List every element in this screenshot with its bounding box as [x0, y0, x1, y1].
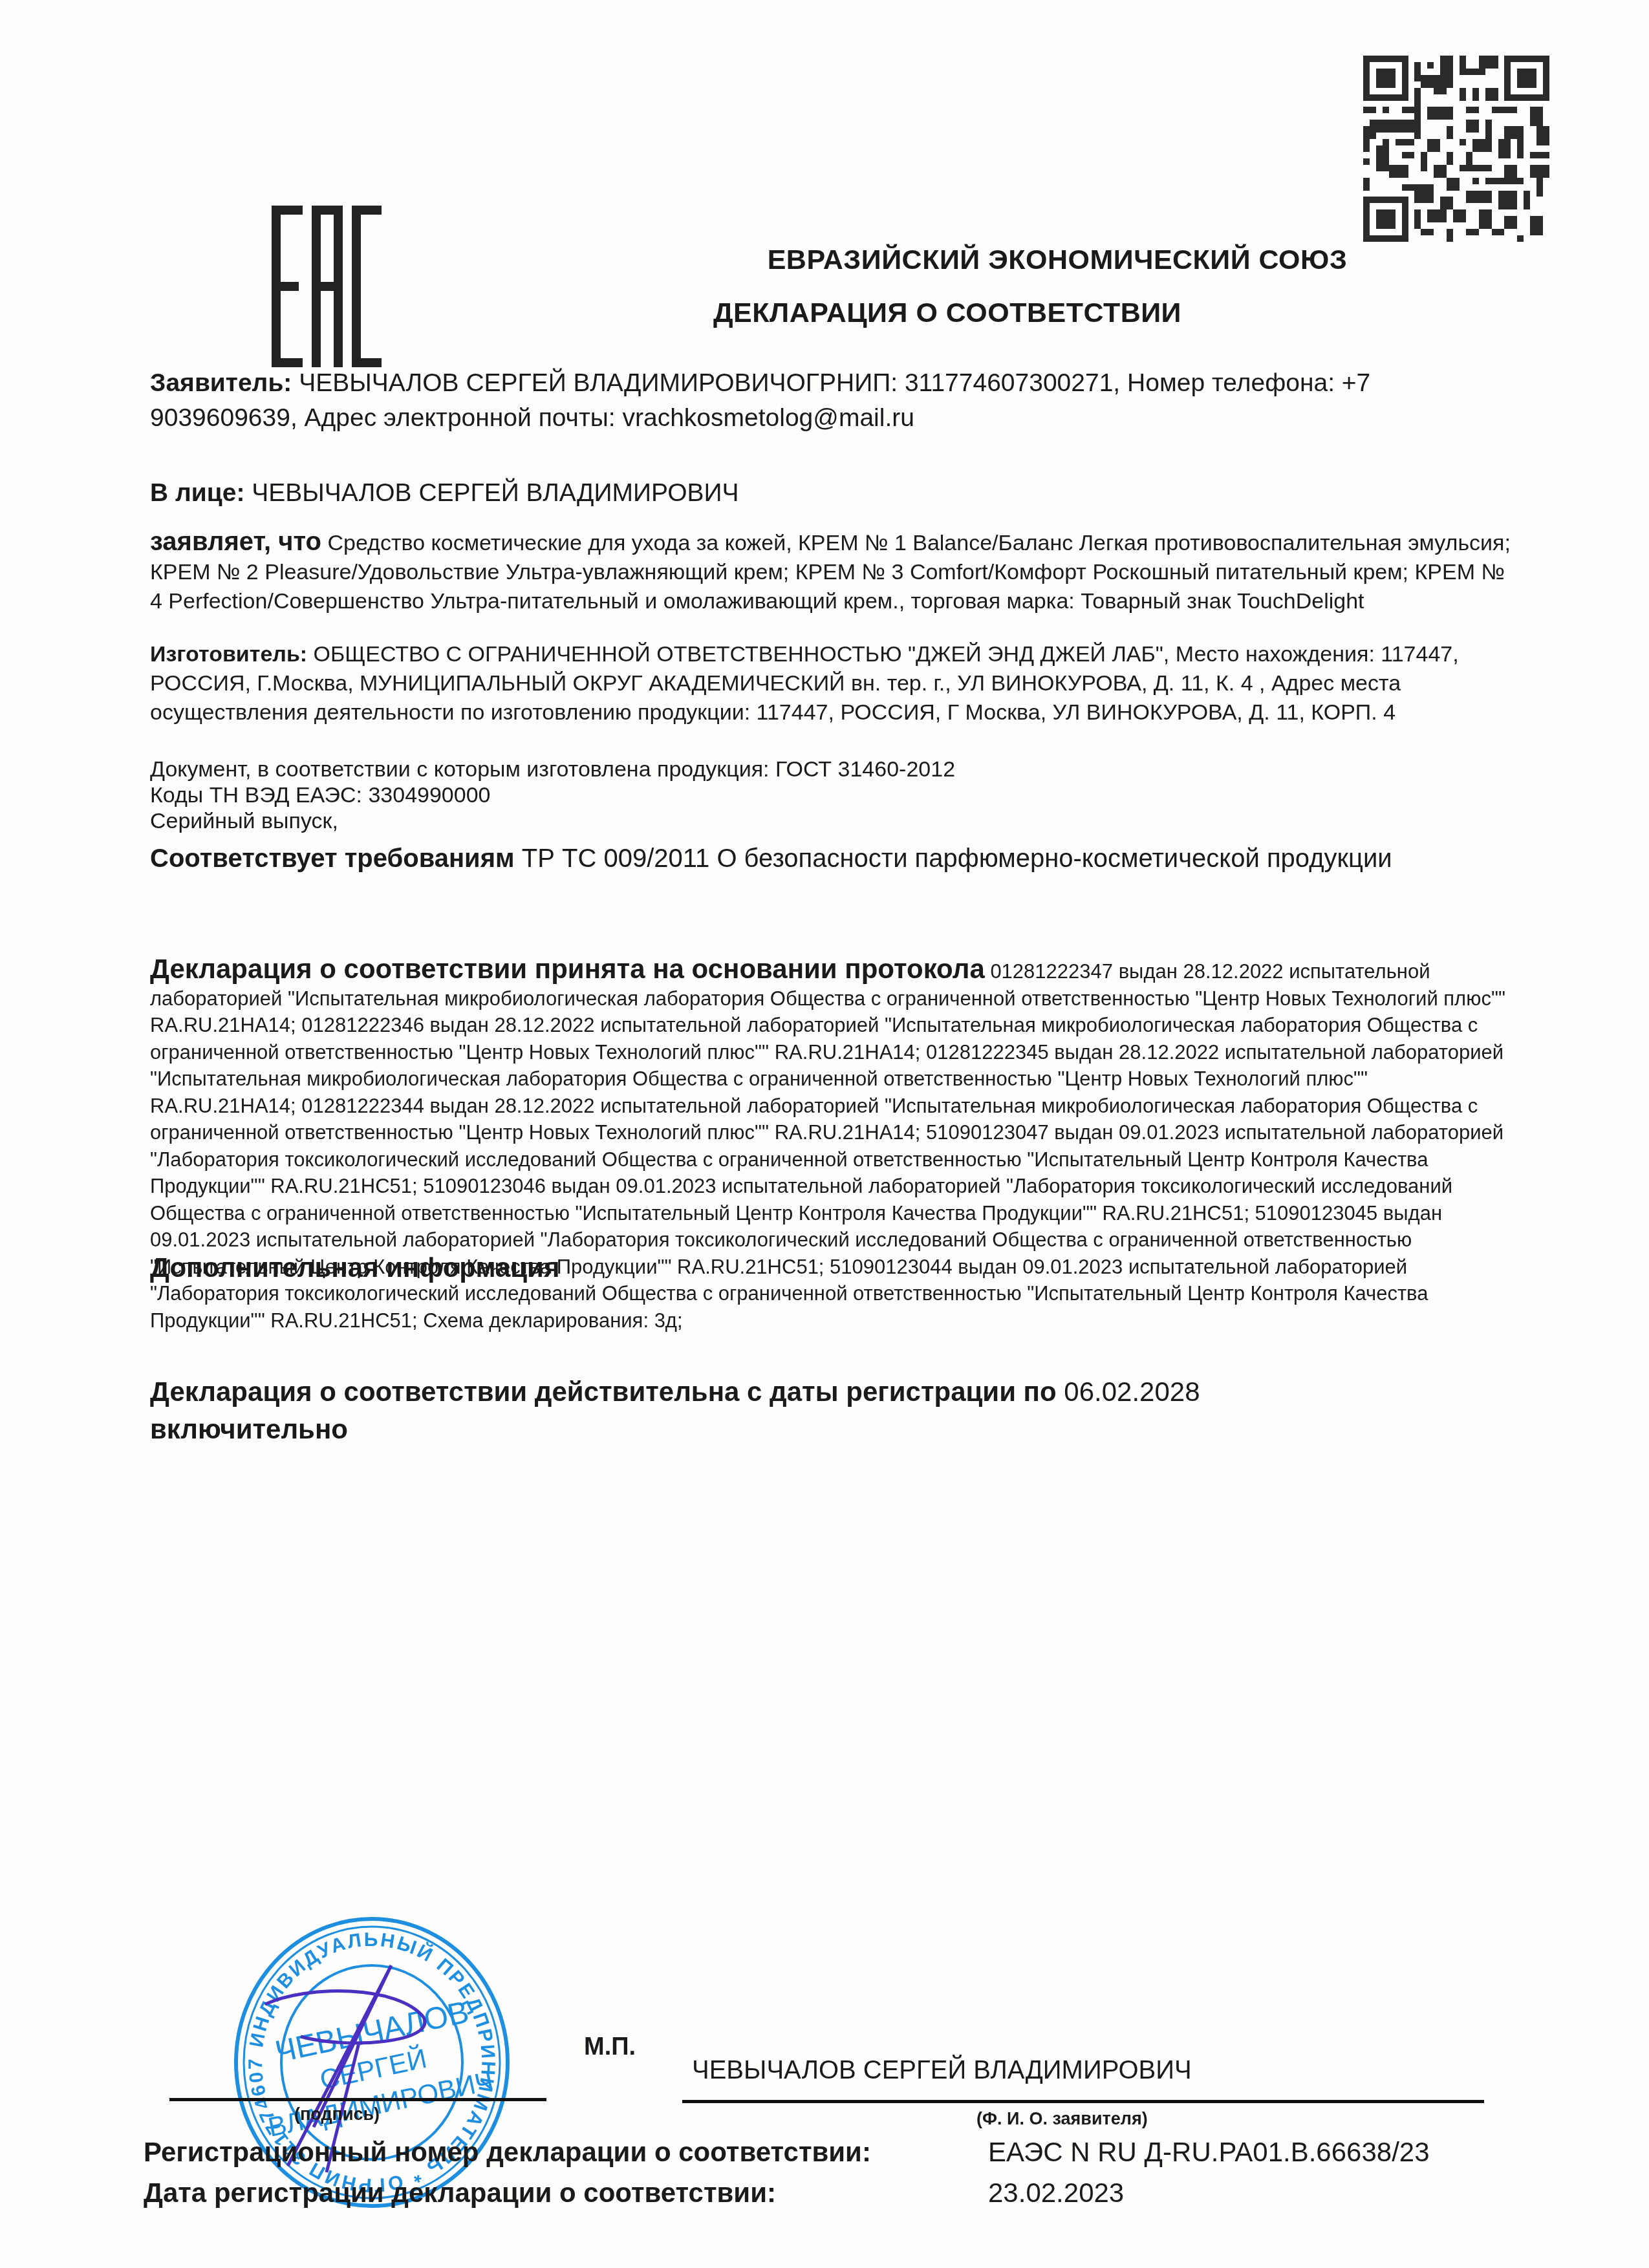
manufacturer-label: Изготовитель: — [150, 642, 307, 667]
registration-date-label: Дата регистрации декларации о соответств… — [144, 2177, 776, 2209]
applicant-value: ЧЕВЫЧАЛОВ СЕРГЕЙ ВЛАДИМИРОВИЧОГРНИП: 311… — [150, 369, 1370, 432]
applicant-label: Заявитель: — [150, 369, 292, 397]
manufacturer-value: ОБЩЕСТВО С ОГРАНИЧЕННОЙ ОТВЕТСТВЕННОСТЬЮ… — [150, 642, 1459, 725]
applicant-full-name: ЧЕВЫЧАЛОВ СЕРГЕЙ ВЛАДИМИРОВИЧ — [692, 2056, 1192, 2085]
additional-info-heading: Дополнительная информация — [150, 1250, 1508, 1285]
name-caption: (Ф. И. О. заявителя) — [976, 2109, 1148, 2129]
qr-code-icon[interactable] — [1363, 56, 1549, 242]
seal-place-label: М.П. — [584, 2033, 636, 2061]
validity-suffix: включительно — [150, 1414, 348, 1444]
registration-date-value: 23.02.2023 — [988, 2177, 1124, 2209]
protocol-label: Декларация о соответствии принята на осн… — [150, 954, 985, 984]
represented-block: В лице: ЧЕВЫЧАЛОВ СЕРГЕЙ ВЛАДИМИРОВИЧ — [150, 476, 1508, 511]
union-title: ЕВРАЗИЙСКИЙ ЭКОНОМИЧЕСКИЙ СОЮЗ — [0, 244, 1649, 276]
validity-label: Декларация о соответствии действительна … — [150, 1376, 1057, 1407]
validity-date: 06.02.2028 — [1057, 1376, 1200, 1407]
tn-ved-codes: Коды ТН ВЭД ЕАЭС: 3304990000 — [150, 781, 1521, 810]
declares-label: заявляет, что — [150, 528, 321, 556]
signature-line — [169, 2098, 546, 2101]
registration-number-label: Регистрационный номер декларации о соотв… — [144, 2137, 871, 2168]
complies-block: Соответствует требованиям ТР ТС 009/2011… — [150, 840, 1508, 877]
validity-block: Декларация о соответствии действительна … — [150, 1373, 1508, 1448]
signature-caption: (подпись) — [294, 2104, 380, 2124]
manufacturer-block: Изготовитель: ОБЩЕСТВО С ОГРАНИЧЕННОЙ ОТ… — [150, 640, 1521, 727]
represented-label: В лице: — [150, 479, 244, 507]
name-line — [682, 2100, 1484, 2103]
complies-value: ТР ТС 009/2011 О безопасности парфюмерно… — [515, 844, 1392, 873]
declares-block: заявляет, что Средство косметические для… — [150, 528, 1521, 616]
represented-value: ЧЕВЫЧАЛОВ СЕРГЕЙ ВЛАДИМИРОВИЧ — [244, 479, 738, 507]
registration-number-value: ЕАЭС N RU Д-RU.PA01.B.66638/23 — [988, 2137, 1430, 2168]
complies-label: Соответствует требованиям — [150, 844, 515, 873]
document-title: ДЕКЛАРАЦИЯ О СООТВЕТСТВИИ — [0, 297, 1649, 329]
document-basis: Документ, в соответствии с которым изгот… — [150, 755, 1521, 784]
declares-value: Средство косметические для ухода за коже… — [150, 531, 1511, 614]
eac-logo — [272, 206, 382, 367]
applicant-block: Заявитель: ЧЕВЫЧАЛОВ СЕРГЕЙ ВЛАДИМИРОВИЧ… — [150, 366, 1508, 436]
serial-release: Серийный выпуск, — [150, 807, 1521, 836]
